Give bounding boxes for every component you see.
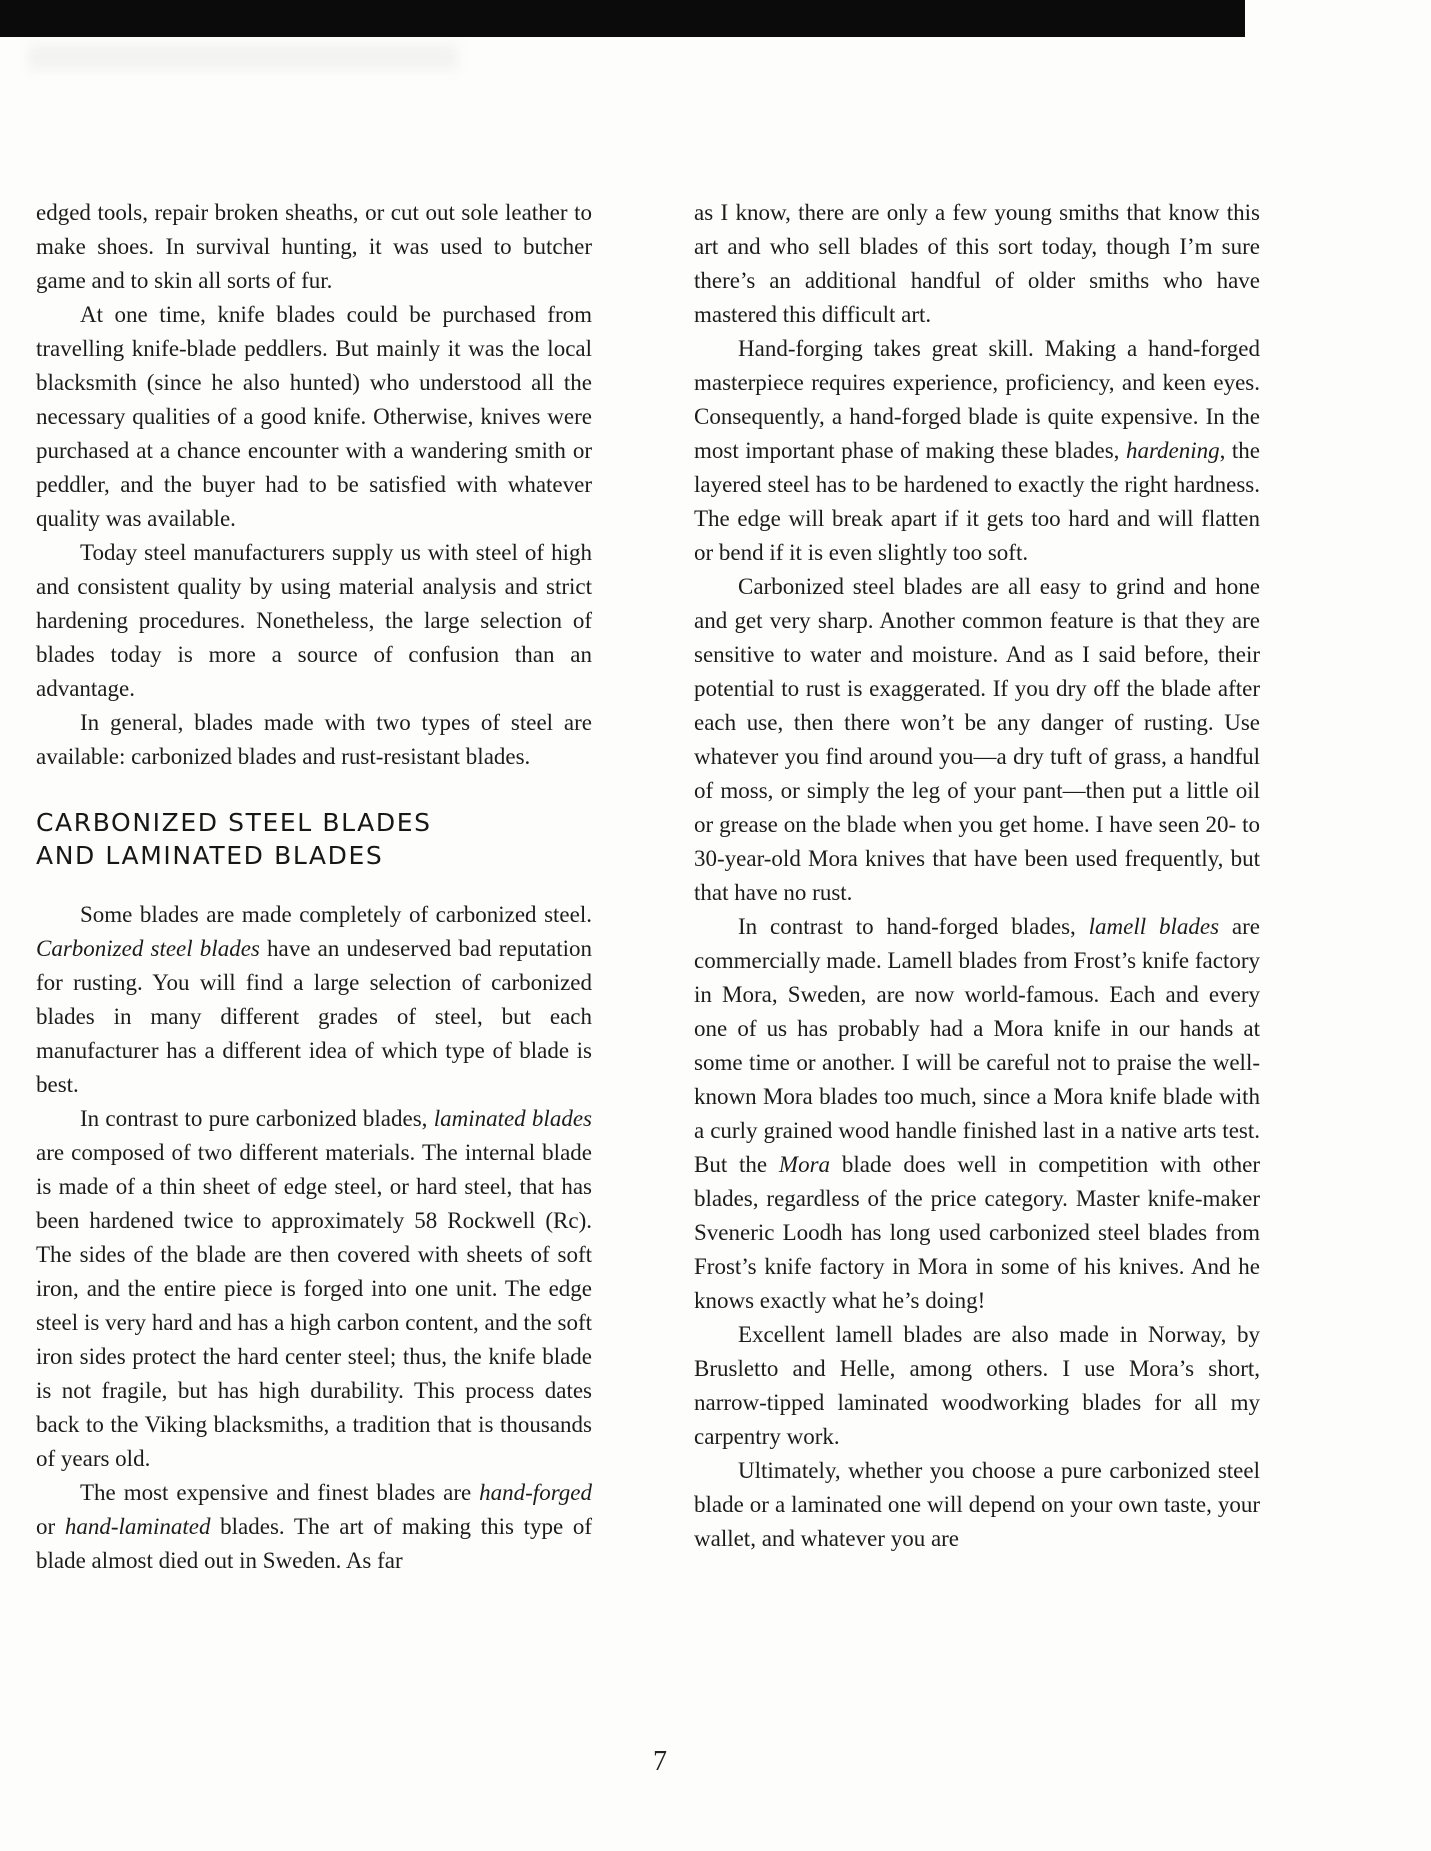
text-run: The most expensive and finest blades are (80, 1480, 479, 1505)
italic-text-run: hand-laminated (65, 1514, 211, 1539)
italic-text-run: hand-forged (479, 1480, 592, 1505)
text-column-right: as I know, there are only a few young sm… (694, 196, 1260, 1556)
text-run: Today steel manufacturers supply us with… (36, 540, 592, 701)
text-run: or (36, 1514, 65, 1539)
paragraph: The most expensive and finest blades are… (36, 1476, 592, 1578)
paragraph: In contrast to pure carbonized blades, l… (36, 1102, 592, 1476)
scan-smudge (28, 44, 458, 70)
paragraph: In general, blades made with two types o… (36, 706, 592, 774)
text-run: are commercially made. Lamell blades fro… (694, 914, 1260, 1177)
italic-text-run: laminated blades (434, 1106, 592, 1131)
italic-text-run: Carbonized steel blades (36, 936, 260, 961)
paragraph: In contrast to hand-forged blades, lamel… (694, 910, 1260, 1318)
text-run: Carbonized steel blades are all easy to … (694, 574, 1260, 905)
italic-text-run: hardening (1126, 438, 1220, 463)
text-run: In general, blades made with two types o… (36, 710, 592, 769)
paragraph: as I know, there are only a few young sm… (694, 196, 1260, 332)
paragraph: Some blades are made completely of carbo… (36, 898, 592, 1102)
paragraph: Ultimately, whether you choose a pure ca… (694, 1454, 1260, 1556)
text-run: In contrast to hand-forged blades, (738, 914, 1089, 939)
text-run: At one time, knife blades could be purch… (36, 302, 592, 531)
paragraph: At one time, knife blades could be purch… (36, 298, 592, 536)
paragraph: edged tools, repair broken sheaths, or c… (36, 196, 592, 298)
italic-text-run: Mora (779, 1152, 830, 1177)
section-heading: CARBONIZED STEEL BLADESAND LAMINATED BLA… (36, 806, 592, 872)
paragraph: Carbonized steel blades are all easy to … (694, 570, 1260, 910)
paragraph: Hand-forging takes great skill. Making a… (694, 332, 1260, 570)
text-run: edged tools, repair broken sheaths, or c… (36, 200, 592, 293)
text-run: In contrast to pure carbonized blades, (80, 1106, 434, 1131)
page-number: 7 (36, 1746, 1284, 1778)
text-run: Some blades are made completely of carbo… (80, 902, 592, 927)
text-run: are composed of two different materials.… (36, 1140, 592, 1471)
paragraph: Today steel manufacturers supply us with… (36, 536, 592, 706)
text-column-left: edged tools, repair broken sheaths, or c… (36, 196, 592, 1578)
italic-text-run: lamell blades (1089, 914, 1219, 939)
text-run: as I know, there are only a few young sm… (694, 200, 1260, 327)
text-run: Ultimately, whether you choose a pure ca… (694, 1458, 1260, 1551)
paragraph: Excellent lamell blades are also made in… (694, 1318, 1260, 1454)
scanned-book-page: edged tools, repair broken sheaths, or c… (0, 0, 1431, 1851)
text-run: Excellent lamell blades are also made in… (694, 1322, 1260, 1449)
scan-artifact-bar (0, 0, 1245, 37)
